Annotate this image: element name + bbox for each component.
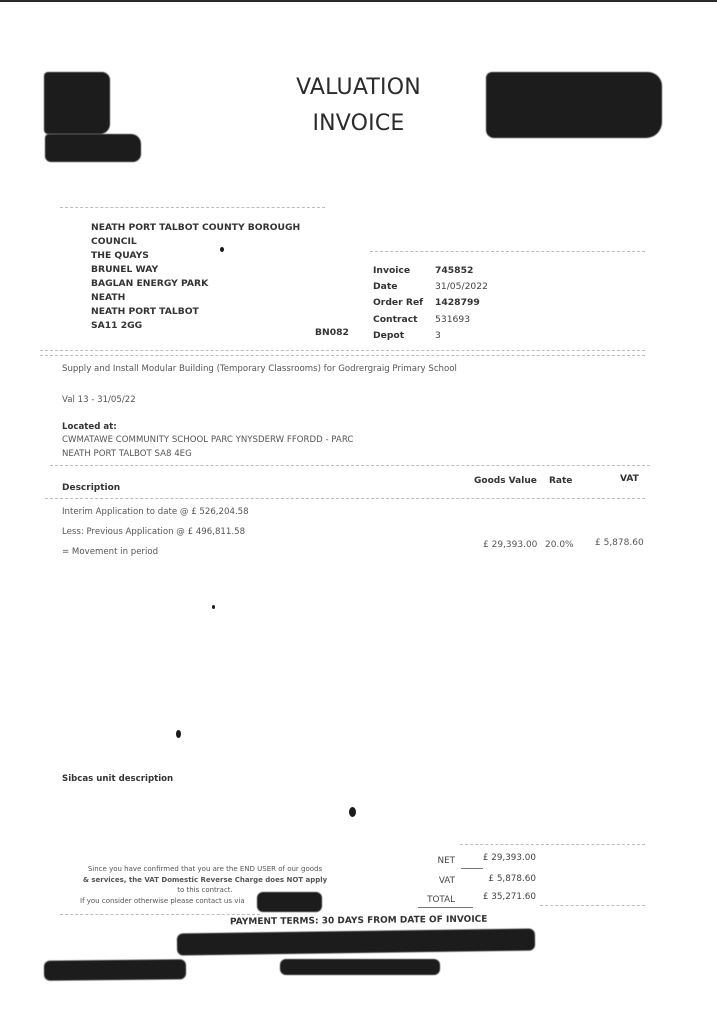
divider [460, 844, 645, 845]
column-header-vat: VAT [620, 474, 639, 484]
document-title-line2: INVOICE [0, 111, 717, 136]
vat-amount: £ 5,878.60 [595, 538, 644, 548]
customer-address: NEATH PORT TALBOT COUNTY BOROUGH COUNCIL… [91, 221, 300, 333]
redaction-footer-3 [44, 959, 186, 980]
document-title-line1: VALUATION [0, 75, 717, 100]
payment-terms: PAYMENT TERMS: 30 DAYS FROM DATE OF INVO… [230, 915, 487, 928]
ink-speck [176, 730, 181, 738]
net-underline [461, 868, 483, 869]
meta-date: Date31/05/2022 [373, 279, 488, 295]
depot-number: 3 [435, 328, 441, 344]
column-header-goods-value: Goods Value [474, 476, 537, 486]
divider [60, 914, 260, 915]
divider [60, 207, 325, 208]
unit-description-label: Sibcas unit description [62, 774, 173, 784]
divider [50, 465, 650, 466]
location-line-2: NEATH PORT TALBOT SA8 4EG [62, 449, 192, 459]
meta-label: Contract [373, 312, 435, 328]
order-ref: 1428799 [435, 295, 480, 311]
total-underline [418, 907, 473, 908]
goods-value: £ 29,393.00 [483, 540, 537, 550]
meta-order-ref: Order Ref1428799 [373, 295, 488, 311]
meta-contract: Contract531693 [373, 312, 488, 328]
meta-label: Invoice [373, 263, 435, 279]
redaction-contact [257, 892, 322, 912]
address-line: NEATH PORT TALBOT [91, 305, 300, 319]
address-line: NEATH [91, 291, 300, 305]
address-line: SA11 2GG [91, 319, 300, 333]
address-line: BRUNEL WAY [91, 263, 300, 277]
notice-line: & services, the VAT Domestic Reverse Cha… [80, 875, 330, 886]
redaction-footer-2 [280, 959, 440, 975]
net-label: NET [405, 856, 455, 866]
vat-total-value: £ 5,878.60 [456, 874, 536, 884]
divider [45, 498, 645, 499]
address-line: BAGLAN ENERGY PARK [91, 277, 300, 291]
table-row-previous: Less: Previous Application @ £ 496,811.5… [62, 527, 245, 537]
vat-rate: 20.0% [545, 540, 574, 550]
column-header-description: Description [62, 483, 120, 493]
meta-label: Depot [373, 328, 435, 344]
redaction-footer-1 [177, 929, 535, 956]
redaction-logo-left-bottom [45, 134, 141, 162]
divider [40, 350, 645, 351]
invoice-meta: Invoice745852 Date31/05/2022 Order Ref14… [373, 263, 488, 344]
net-value: £ 29,393.00 [456, 853, 536, 863]
divider [370, 251, 645, 252]
invoice-date: 31/05/2022 [435, 279, 488, 295]
table-row-movement: = Movement in period [62, 547, 158, 557]
address-line: COUNCIL [91, 235, 300, 249]
ink-speck [349, 807, 356, 817]
total-value: £ 35,271.60 [456, 892, 536, 902]
valuation-reference: Val 13 - 31/05/22 [62, 395, 136, 405]
ink-speck [220, 247, 224, 252]
invoice-number: 745852 [435, 263, 473, 279]
contract-number: 531693 [435, 312, 470, 328]
column-header-rate: Rate [549, 476, 572, 486]
vat-label: VAT [405, 876, 455, 886]
address-line: NEATH PORT TALBOT COUNTY BOROUGH [91, 221, 300, 235]
address-line: THE QUAYS [91, 249, 300, 263]
located-at-label: Located at: [62, 422, 117, 432]
divider [540, 905, 645, 906]
location-line-1: CWMATAWE COMMUNITY SCHOOL PARC YNYSDERW … [62, 435, 353, 445]
project-description: Supply and Install Modular Building (Tem… [62, 364, 457, 374]
meta-depot: Depot3 [373, 328, 488, 344]
notice-line: Since you have confirmed that you are th… [80, 864, 330, 875]
meta-label: Date [373, 279, 435, 295]
divider [40, 355, 645, 356]
meta-label: Order Ref [373, 295, 435, 311]
ink-speck [212, 605, 215, 609]
meta-invoice: Invoice745852 [373, 263, 488, 279]
total-label: TOTAL [405, 895, 455, 905]
table-row-interim: Interim Application to date @ £ 526,204.… [62, 507, 249, 517]
branch-code: BN082 [315, 327, 349, 338]
